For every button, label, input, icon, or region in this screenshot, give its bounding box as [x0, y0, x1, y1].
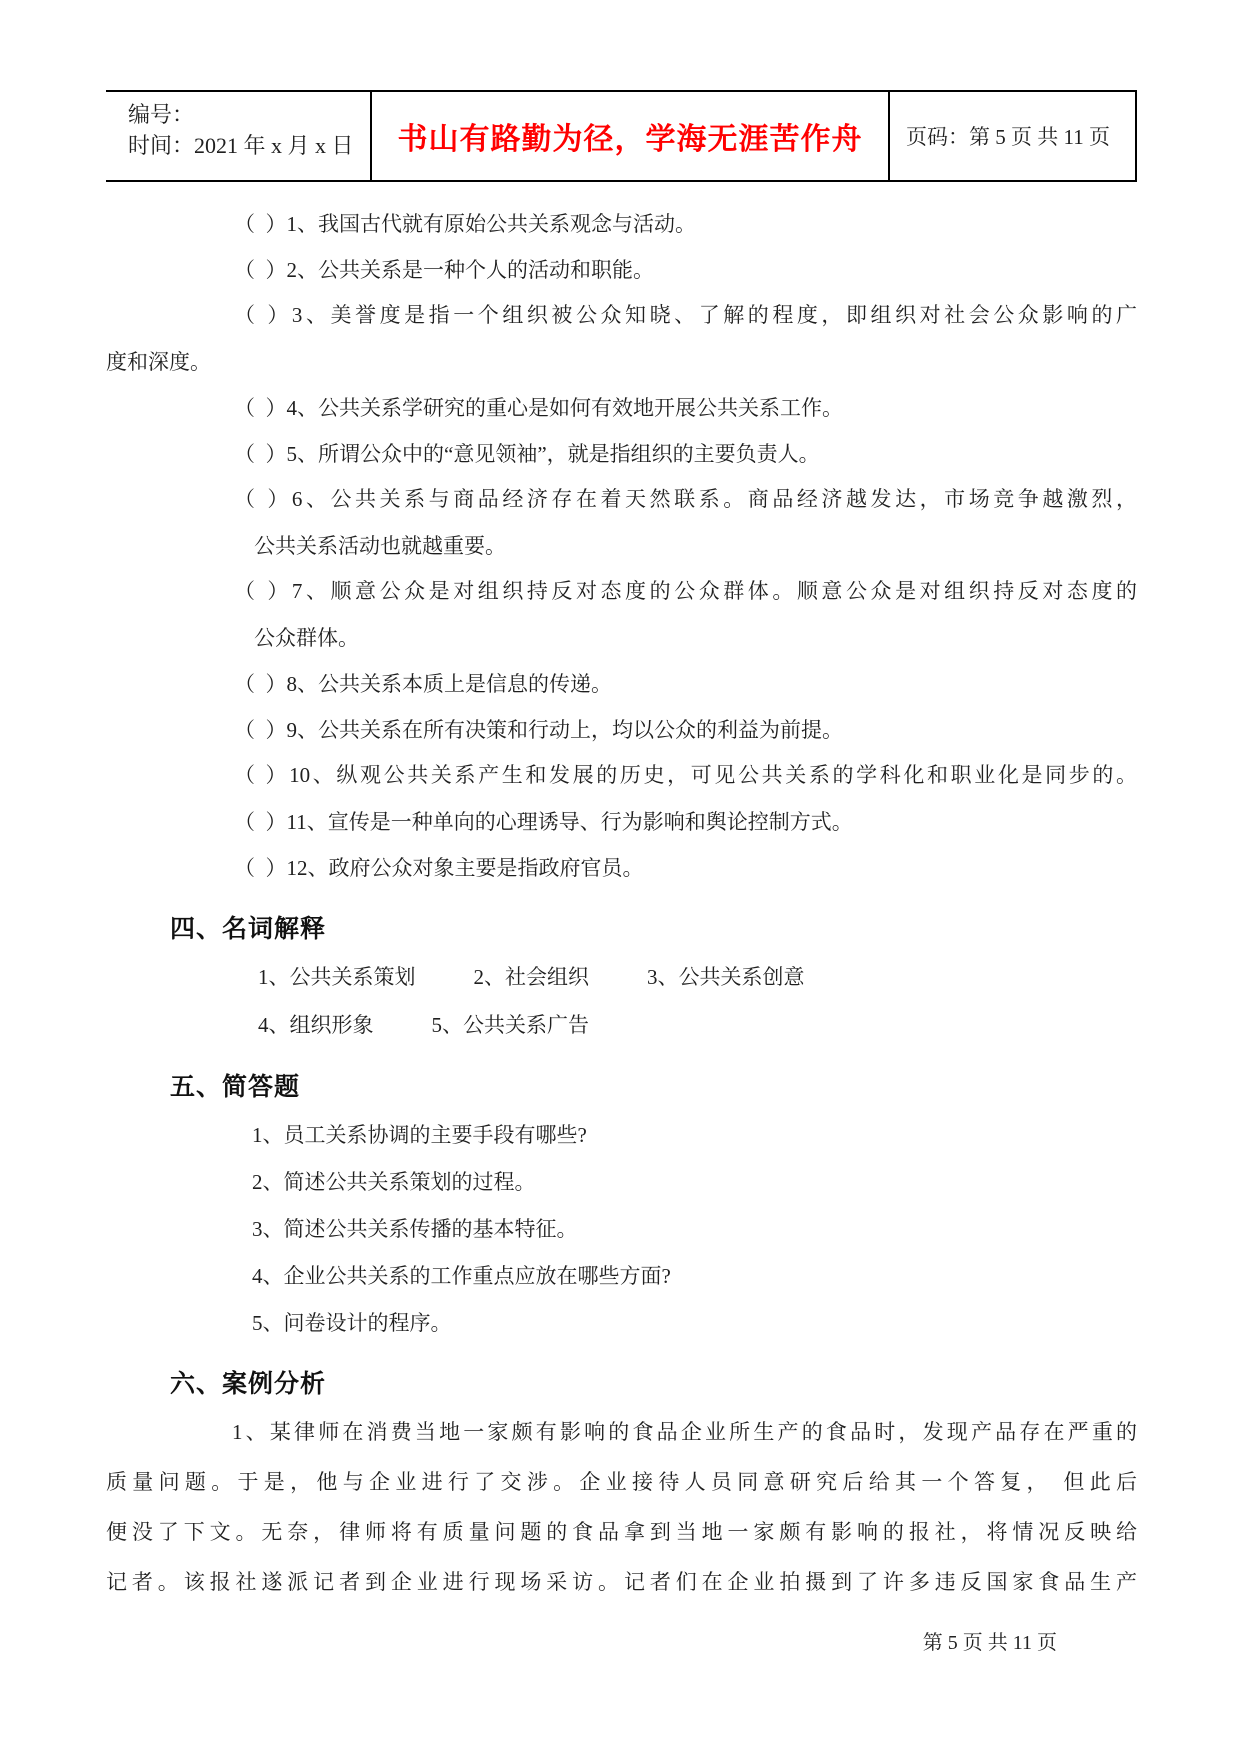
tf-question-12: （ ）12、政府公众对象主要是指政府官员。 — [106, 844, 1137, 890]
header-left-cell: 编号： 时间：2021 年 x 月 x 日 — [106, 92, 370, 180]
tf-question-11: （ ）11、宣传是一种单向的心理诱导、行为影响和舆论控制方式。 — [106, 798, 1137, 844]
tf-question-5: （ ）5、所谓公众中的“意见领袖”，就是指组织的主要负责人。 — [106, 430, 1137, 476]
short-answer-4: 4、企业公共关系的工作重点应放在哪些方面? — [106, 1251, 1137, 1298]
page-number-label: 页码：第 5 页 共 11 页 — [906, 121, 1110, 151]
tf-question-3: （ ）3、美誉度是指一个组织被公众知晓、了解的程度，即组织对社会公众影响的广 — [106, 292, 1137, 338]
terms-row-2: 4、组织形象 5、公共关系广告 — [106, 1000, 1137, 1048]
short-answer-5: 5、问卷设计的程序。 — [106, 1298, 1137, 1345]
short-answer-3: 3、简述公共关系传播的基本特征。 — [106, 1204, 1137, 1251]
tf-question-10: （ ）10、纵观公共关系产生和发展的历史，可见公共关系的学科化和职业化是同步的。 — [106, 752, 1137, 798]
section-six-heading: 六、案例分析 — [106, 1357, 1137, 1407]
case-paragraph-line-1: 1、某律师在消费当地一家颇有影响的食品企业所生产的食品时，发现产品存在严重的 — [106, 1407, 1137, 1457]
footer-page-number: 第 5 页 共 11 页 — [923, 1626, 1057, 1655]
tf-question-3-continued: 度和深度。 — [106, 338, 1137, 384]
tf-question-7: （ ）7、顺意公众是对组织持反对态度的公众群体。顺意公众是对组织持反对态度的 — [106, 568, 1137, 614]
term-5: 5、公共关系广告 — [432, 1009, 590, 1039]
tf-question-6: （ ）6、公共关系与商品经济存在着天然联系。商品经济越发达，市场竞争越激烈， — [106, 476, 1137, 522]
short-answer-2: 2、简述公共关系策划的过程。 — [106, 1157, 1137, 1204]
document-body: （ ）1、我国古代就有原始公共关系观念与活动。 （ ）2、公共关系是一种个人的活… — [106, 182, 1137, 1607]
case-paragraph-line-4: 记者。该报社遂派记者到企业进行现场采访。记者们在企业拍摄到了许多违反国家食品生产 — [106, 1557, 1137, 1607]
document-page: 编号： 时间：2021 年 x 月 x 日 书山有路勤为径，学海无涯苦作舟 页码… — [0, 0, 1241, 1754]
term-3: 3、公共关系创意 — [647, 961, 805, 991]
tf-question-2: （ ）2、公共关系是一种个人的活动和职能。 — [106, 246, 1137, 292]
section-five-heading: 五、简答题 — [106, 1060, 1137, 1110]
section-four-heading: 四、名词解释 — [106, 902, 1137, 952]
tf-question-4: （ ）4、公共关系学研究的重心是如何有效地开展公共关系工作。 — [106, 384, 1137, 430]
term-2: 2、社会组织 — [474, 961, 590, 991]
slogan-text: 书山有路勤为径，学海无涯苦作舟 — [398, 114, 863, 158]
tf-question-9: （ ）9、公共关系在所有决策和行动上，均以公众的利益为前提。 — [106, 706, 1137, 752]
header-table: 编号： 时间：2021 年 x 月 x 日 书山有路勤为径，学海无涯苦作舟 页码… — [106, 90, 1137, 182]
tf-question-7-continued: 公众群体。 — [106, 614, 1137, 660]
tf-question-8: （ ）8、公共关系本质上是信息的传递。 — [106, 660, 1137, 706]
short-answer-1: 1、员工关系协调的主要手段有哪些? — [106, 1110, 1137, 1157]
case-paragraph-line-2: 质量问题。于是，他与企业进行了交涉。企业接待人员同意研究后给其一个答复， 但此后 — [106, 1457, 1137, 1507]
case-paragraph-line-3: 便没了下文。无奈，律师将有质量问题的食品拿到当地一家颇有影响的报社，将情况反映给 — [106, 1507, 1137, 1557]
tf-question-6-continued: 公共关系活动也就越重要。 — [106, 522, 1137, 568]
terms-row-1: 1、公共关系策划 2、社会组织 3、公共关系创意 — [106, 952, 1137, 1000]
term-4: 4、组织形象 — [258, 1009, 374, 1039]
header-slogan-cell: 书山有路勤为径，学海无涯苦作舟 — [370, 92, 888, 180]
term-1: 1、公共关系策划 — [258, 961, 416, 991]
header-page-cell: 页码：第 5 页 共 11 页 — [888, 92, 1135, 180]
document-number-label: 编号： — [128, 99, 370, 130]
document-date-label: 时间：2021 年 x 月 x 日 — [128, 130, 370, 161]
tf-question-1: （ ）1、我国古代就有原始公共关系观念与活动。 — [106, 200, 1137, 246]
